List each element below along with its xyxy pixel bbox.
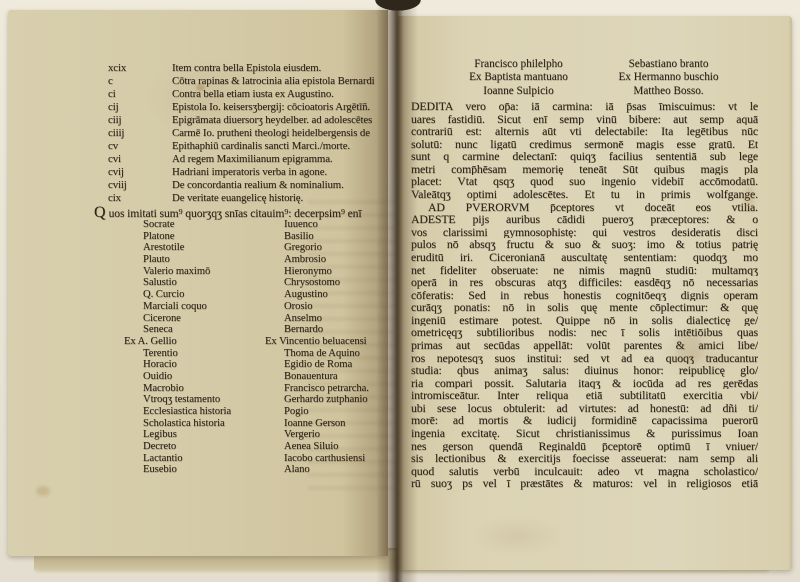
author-name: Francisco petrarcha. [284, 383, 384, 395]
entry-number: ciij [108, 114, 172, 127]
author-name: Terentio [143, 348, 284, 360]
body-line: vos clarissimi gymnosophistę: qui vestro… [411, 226, 758, 239]
body-text: DEDITA vero op̄a: iā carmina: iā p̄sas ī… [411, 100, 758, 490]
entry-number: c [108, 75, 172, 88]
entry-text: Epithaphiū cardinalis sancti Marci. [172, 140, 320, 153]
entry-text: Contra bella etiam iusta ex Augustino. [172, 88, 334, 101]
entry-text: Hadriani imperatoris verba in agone. [172, 166, 327, 179]
author-name: Seneca [143, 324, 284, 336]
index-entry: cvijHadriani imperatoris verba in agone. [108, 166, 382, 179]
author-row: Marciali coquoOrosio [108, 301, 384, 313]
author-name: Decreto [143, 441, 284, 453]
author-row: DecretoAenea Siluio [108, 441, 384, 453]
author-name: Gerhardo zutphanio [284, 394, 384, 406]
entry-number: cv [108, 140, 172, 153]
index-entry: xcixItem contra bella Epistola eiusdem. [108, 62, 382, 75]
author-name: Bernardo [284, 324, 384, 336]
entry-text: Cōtra rapinas & latrocinia alia epistola… [172, 75, 375, 88]
author-name: Plauto [143, 254, 284, 266]
dedication-line: Sebastiano branto [576, 58, 761, 71]
body-line: ingeniū estimare potest. Quippe nō in so… [411, 314, 758, 327]
author-name: Iuuenco [284, 219, 384, 231]
author-name: Hieronymo [284, 266, 384, 278]
author-row: PlatoneBasilio [108, 231, 384, 243]
left-page: xcixItem contra bella Epistola eiusdem.c… [8, 10, 388, 556]
author-name: Scholastica historia [143, 418, 284, 430]
author-row: CiceroneAnselmo [108, 313, 384, 325]
index-entry: ciijEpigrāmata diuersorʒ heydelber. ad a… [108, 114, 382, 127]
body-line: placet: Vtat qsqʒ quod suo ingenio videb… [411, 175, 758, 188]
index-entry: cijEpistola Io. keisersʒbergij: cōcioato… [108, 101, 382, 114]
body-line: ros nepotesqʒ suos institui: sed vt ad e… [411, 352, 758, 365]
author-name: Basilio [284, 231, 384, 243]
entry-text: Item contra bella Epistola eiusdem. [172, 62, 321, 75]
author-name: Anselmo [284, 313, 384, 325]
author-name: Iacobo carthusiensi [284, 453, 384, 465]
entry-number: cvij [108, 166, 172, 179]
body-line: ADESTE pijs auribus cādidi pueroʒ præcep… [411, 213, 758, 226]
right-page: Francisco philelphoEx Baptista mantuanoI… [398, 16, 792, 570]
author-name: Ambrosio [284, 254, 384, 266]
body-line: pulos nō absqʒ fructu & suo & suoʒ: imo … [411, 238, 758, 251]
spine-top-notch [366, 0, 430, 15]
author-name: Horacio [143, 359, 284, 371]
author-name: Socrate [143, 219, 284, 231]
dedication-line: Mattheo Bosso. [576, 85, 761, 98]
body-line: DEDITA vero op̄a: iā carmina: iā p̄sas ī… [411, 100, 758, 113]
body-line: morē: ad mortis & iudicij formidinē capa… [411, 414, 758, 427]
author-row: Ecclesiastica historiaPogio [108, 406, 384, 418]
imitated-authors-list: SocrateIuuencoPlatoneBasilioArestotileGr… [108, 219, 384, 476]
author-name: Eusebio [143, 464, 284, 476]
entry-text: Epigrāmata diuersorʒ heydelber. ad adole… [172, 114, 372, 127]
author-name: Egidio de Roma [284, 359, 384, 371]
entry-catchword: /morte. [320, 140, 382, 153]
author-row: SenecaBernardo [108, 324, 384, 336]
author-row: Q. CurcioAugustino [108, 289, 384, 301]
entry-number: cij [108, 101, 172, 114]
author-row: TerentioThoma de Aquino [108, 348, 384, 360]
author-name: Marciali coquo [143, 301, 284, 313]
body-line: operā in res obscuras atqʒ difficiles: e… [411, 276, 758, 289]
author-row: EusebioAlano [108, 464, 384, 476]
book-photo: xcixItem contra bella Epistola eiusdem.c… [0, 0, 800, 582]
author-name: Vtroqʒ testamento [143, 394, 284, 406]
entry-number: cviij [108, 179, 172, 192]
body-line: Valeātqʒ optimi adolescētes. Et tu in pr… [411, 188, 758, 201]
author-row: PlautoAmbrosio [108, 254, 384, 266]
author-name: Ex Vincentio beluacensi [284, 336, 384, 348]
index-entry: ciContra bella etiam iusta ex Augustino. [108, 88, 382, 101]
body-line: contrariū est: alternis aūt vti delectab… [411, 125, 758, 138]
entry-number: ci [108, 88, 172, 101]
author-name: Ex A. Gellio [143, 336, 284, 348]
body-line: curāqʒ ponatis: nō in solis quę mente cō… [411, 301, 758, 314]
body-line: nes gerson quendā Reginaldū p̄ceptorē op… [411, 440, 758, 453]
author-row: LactantioIacobo carthusiensi [108, 453, 384, 465]
author-name: Vergerio [284, 429, 384, 441]
author-row: LegibusVergerio [108, 429, 384, 441]
dedication-column: Sebastiano brantoEx Hermanno buschioMatt… [576, 58, 761, 98]
entry-text: Ad regem Maximilianum epigramma. [172, 153, 333, 166]
entry-number: xcix [108, 62, 172, 75]
author-row: Valerio maximōHieronymo [108, 266, 384, 278]
author-name: Aenea Siluio [284, 441, 384, 453]
author-name: Arestotile [143, 242, 284, 254]
author-name: Thoma de Aquino [284, 348, 384, 360]
author-row: MacrobioFrancisco petrarcha. [108, 383, 384, 395]
author-name: Macrobio [143, 383, 284, 395]
body-line: metri comp̄hēsam memorię teneāt Sūt quib… [411, 163, 758, 176]
index-list: xcixItem contra bella Epistola eiusdem.c… [108, 62, 382, 206]
author-name: Orosio [284, 301, 384, 313]
index-entry: cviAd regem Maximilianum epigramma. [108, 153, 382, 166]
body-line: ingenia excitatę. Sicut christianissimus… [411, 427, 758, 440]
author-row: ArestotileGregorio [108, 242, 384, 254]
entry-text: Carmē Io. prutheni theologi heidelbergen… [172, 127, 370, 140]
author-row: Scholastica historiaIoanne Gerson [108, 418, 384, 430]
author-name: Legibus [143, 429, 284, 441]
author-name: Cicerone [143, 313, 284, 325]
author-row: Ex A. GellioEx Vincentio beluacensi [108, 336, 384, 348]
index-entry: ciiijCarmē Io. prutheni theologi heidelb… [108, 127, 382, 140]
body-line: cōferatis: Sed in rebus honestis cognitō… [411, 289, 758, 302]
body-line: AD PVERORVM p̄ceptores vt doceāt eos vti… [411, 201, 758, 214]
author-row: SalustioChrysostomo [108, 277, 384, 289]
body-line: studia: qbus animaʒ salus: diuinus honor… [411, 364, 758, 377]
body-line: net fideliter obseruate: ne nimis magnū … [411, 264, 758, 277]
body-line: ria compari possit. Salutaria itaqʒ & io… [411, 377, 758, 390]
author-name: Chrysostomo [284, 277, 384, 289]
entry-number: cvi [108, 153, 172, 166]
entry-number: ciiij [108, 127, 172, 140]
index-entry: cviijDe concordantia realium & nominaliu… [108, 179, 382, 192]
entry-text: Epistola Io. keisersʒbergij: cōcioatoris… [172, 101, 370, 114]
entry-text: De concordantia realium & nominalium. [172, 179, 344, 192]
author-name: Salustio [143, 277, 284, 289]
author-name: Bonauentura [284, 371, 384, 383]
author-row: SocrateIuuenco [108, 219, 384, 231]
index-entry: cCōtra rapinas & latrocinia alia epistol… [108, 75, 382, 88]
author-name: Ioanne Gerson [284, 418, 384, 430]
author-name: Lactantio [143, 453, 284, 465]
body-line: rū suoʒ ps vel ī præstātes & maturos: ve… [411, 477, 758, 490]
author-name: Ecclesiastica historia [143, 406, 284, 418]
author-row: HoracioEgidio de Roma [108, 359, 384, 371]
body-line: sunt q carmine delectanī: quiqʒ facilius… [411, 150, 758, 163]
author-name: Augustino [284, 289, 384, 301]
index-entry: cvEpithaphiū cardinalis sancti Marci./mo… [108, 140, 382, 153]
author-name: Gregorio [284, 242, 384, 254]
author-row: Vtroqʒ testamentoGerhardo zutphanio [108, 394, 384, 406]
author-name: Q. Curcio [143, 289, 284, 301]
body-line: ubi sese locus obtulerit: ad virtutes: a… [411, 402, 758, 415]
dedication-line: Ex Hermanno buschio [576, 71, 761, 84]
body-line: sis lectionibus & exercitijs foecisse as… [411, 452, 758, 465]
author-name: Alano [284, 464, 384, 476]
body-line: uares fastidiū. Sicut enī semp vinū bibe… [411, 113, 758, 126]
author-name: Valerio maximō [143, 266, 284, 278]
body-line: quod salutis verbū inculcauit: adeo vt m… [411, 465, 758, 478]
author-name: Ouidio [143, 371, 284, 383]
body-line: ometricęqʒ subtilioribus nodis: nec ī so… [411, 326, 758, 339]
body-line: eruditū iri. Ciceronianā auscultatę sent… [411, 251, 758, 264]
author-name: Pogio [284, 406, 384, 418]
body-line: intromisceātur. Inter reliqua etiā subti… [411, 389, 758, 402]
author-name: Platone [143, 231, 284, 243]
author-row: OuidioBonauentura [108, 371, 384, 383]
body-line: solutū: nunc ligatū credimus sermonē mag… [411, 138, 758, 151]
body-line: primas aut secūdas appellāt: volūt paren… [411, 339, 758, 352]
